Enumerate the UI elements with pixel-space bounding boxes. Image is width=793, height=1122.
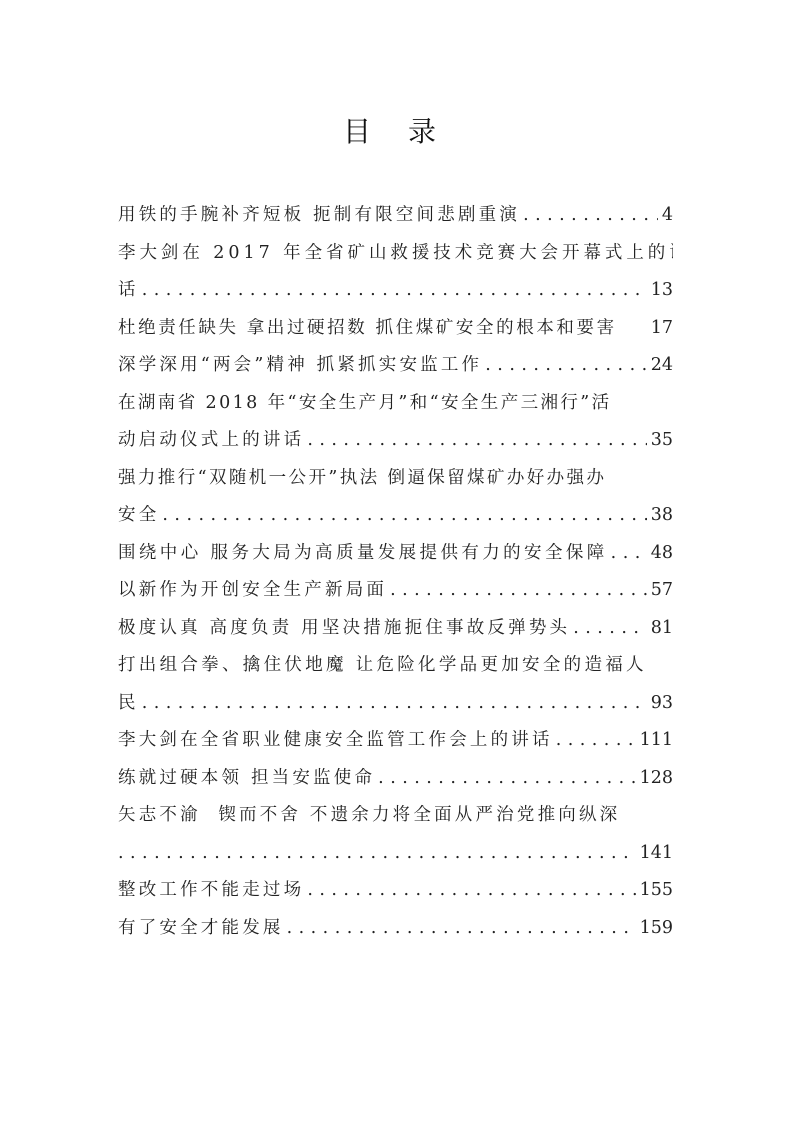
toc-page-number: 81 (647, 610, 673, 648)
toc-page-number: 35 (647, 422, 673, 460)
toc-entry-title: 李大剑在全省职业健康安全监管工作会上的讲话 (118, 722, 553, 760)
toc-entry-6-line-2[interactable]: 安全 38 (118, 497, 673, 535)
toc-entry-title-cont: 民 (118, 685, 139, 723)
toc-entry-2-line-2[interactable]: 话 13 (118, 272, 673, 310)
dot-leader (520, 197, 658, 235)
toc-entry-5-line-1[interactable]: 在湖南省 2018 年“安全生产月”和“安全生产三湘行”活 (118, 385, 673, 423)
toc-entry-title-cont: 动启动仪式上的讲话 (118, 422, 304, 460)
toc-entry-title-cont: 安全 (118, 497, 159, 535)
toc-page-number: 17 (647, 310, 673, 348)
toc-page-number: 13 (647, 272, 673, 310)
toc-entry-title: 强力推行“双随机一公开”执法 倒逼保留煤矿办好办强办 (118, 460, 606, 498)
toc-entry-5-line-2[interactable]: 动启动仪式上的讲话 35 (118, 422, 673, 460)
toc-entry-15[interactable]: 有了安全才能发展 159 (118, 910, 673, 948)
dot-leader (159, 497, 646, 535)
toc-page-number: 111 (636, 722, 673, 760)
toc-page-number: 48 (647, 535, 673, 573)
toc-entry-11[interactable]: 李大剑在全省职业健康安全监管工作会上的讲话 111 (118, 722, 673, 760)
table-of-contents: 用铁的手腕补齐短板 扼制有限空间悲剧重演 4 李大剑在 2017 年全省矿山救援… (118, 197, 673, 947)
dot-leader (482, 347, 646, 385)
toc-entry-3[interactable]: 杜绝责任缺失 拿出过硬招数 抓住煤矿安全的根本和要害 17 (118, 310, 673, 348)
dot-leader (139, 685, 647, 723)
toc-entry-14[interactable]: 整改工作不能走过场 155 (118, 872, 673, 910)
toc-entry-2-line-1[interactable]: 李大剑在 2017 年全省矿山救援技术竞赛大会开幕式上的讲 (118, 235, 673, 273)
toc-entry-7[interactable]: 围绕中心 服务大局为高质量发展提供有力的安全保障 48 (118, 535, 673, 573)
toc-entry-title: 杜绝责任缺失 拿出过硬招数 抓住煤矿安全的根本和要害 (118, 310, 617, 348)
toc-entry-title: 围绕中心 服务大局为高质量发展提供有力的安全保障 (118, 535, 608, 573)
toc-entry-title: 以新作为开创安全生产新局面 (118, 572, 387, 610)
toc-entry-13-line-1[interactable]: 矢志不渝 锲而不舍 不遗余力将全面从严治党推向纵深 (118, 797, 673, 835)
dot-leader (304, 872, 635, 910)
toc-entry-title: 李大剑在 2017 年全省矿山救援技术竞赛大会开幕式上的讲 (118, 235, 673, 273)
toc-entry-6-line-1[interactable]: 强力推行“双随机一公开”执法 倒逼保留煤矿办好办强办 (118, 460, 673, 498)
toc-entry-title: 打出组合拳、擒住伏地魔 让危险化学品更加安全的造福人 (118, 647, 647, 685)
toc-page-number: 57 (647, 572, 673, 610)
toc-page-number: 141 (636, 835, 673, 873)
dot-leader (608, 535, 647, 573)
toc-entry-12[interactable]: 练就过硬本领 担当安监使命 128 (118, 760, 673, 798)
toc-page-number: 38 (647, 497, 673, 535)
toc-page-number: 128 (636, 760, 673, 798)
page-title: 目 录 (0, 112, 793, 152)
dot-leader (570, 610, 646, 648)
toc-entry-title: 在湖南省 2018 年“安全生产月”和“安全生产三湘行”活 (118, 385, 612, 423)
dot-leader (304, 422, 646, 460)
toc-entry-10-line-2[interactable]: 民 93 (118, 685, 673, 723)
toc-entry-10-line-1[interactable]: 打出组合拳、擒住伏地魔 让危险化学品更加安全的造福人 (118, 647, 673, 685)
dot-leader (387, 572, 647, 610)
toc-entry-1[interactable]: 用铁的手腕补齐短板 扼制有限空间悲剧重演 4 (118, 197, 673, 235)
dot-leader (139, 272, 647, 310)
toc-entry-title: 用铁的手腕补齐短板 扼制有限空间悲剧重演 (118, 197, 520, 235)
toc-page-number: 24 (647, 347, 673, 385)
toc-entry-9[interactable]: 极度认真 高度负责 用坚决措施扼住事故反弹势头 81 (118, 610, 673, 648)
dot-leader (553, 722, 636, 760)
toc-entry-title: 矢志不渝 锲而不舍 不遗余力将全面从严治党推向纵深 (118, 797, 620, 835)
toc-entry-title: 有了安全才能发展 (118, 910, 284, 948)
toc-entry-4[interactable]: 深学深用“两会”精神 抓紧抓实安监工作 24 (118, 347, 673, 385)
dot-leader (284, 910, 636, 948)
dot-leader (118, 835, 636, 873)
toc-page-number: 155 (636, 872, 673, 910)
toc-entry-title: 深学深用“两会”精神 抓紧抓实安监工作 (118, 347, 482, 385)
toc-entry-title: 整改工作不能走过场 (118, 872, 304, 910)
toc-entry-title-cont: 话 (118, 272, 139, 310)
toc-entry-13-line-2[interactable]: 141 (118, 835, 673, 873)
toc-page-number: 4 (658, 197, 673, 235)
toc-entry-8[interactable]: 以新作为开创安全生产新局面 57 (118, 572, 673, 610)
dot-leader (375, 760, 635, 798)
toc-page-number: 159 (636, 910, 673, 948)
toc-entry-title: 练就过硬本领 担当安监使命 (118, 760, 375, 798)
toc-entry-title: 极度认真 高度负责 用坚决措施扼住事故反弹势头 (118, 610, 570, 648)
toc-page-number: 93 (647, 685, 673, 723)
